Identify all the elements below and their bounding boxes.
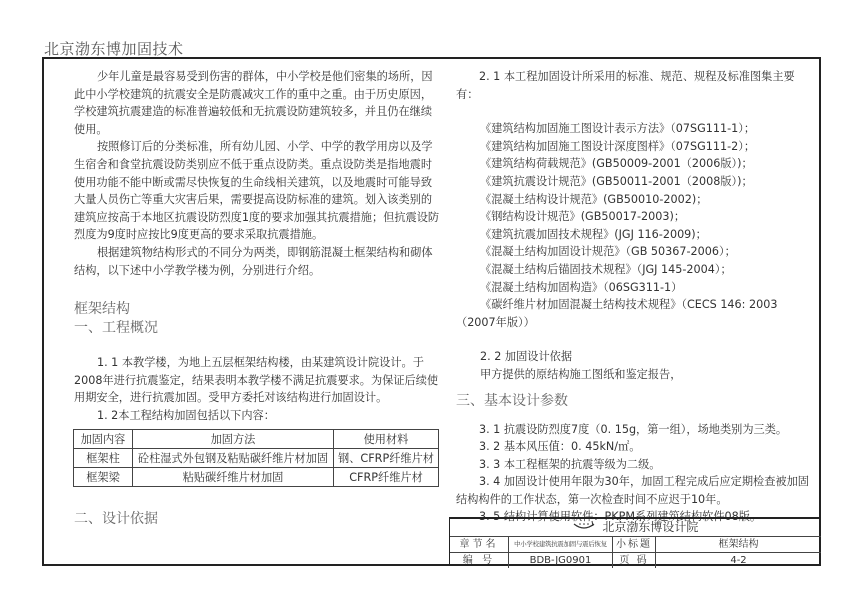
intro-paragraph-1: 少年儿童是最容易受到伤害的群体，中小学校是他们密集的场所，因此中小学校建筑的抗震… bbox=[74, 68, 442, 138]
intro-paragraph-2: 按照修订后的分类标准，所有幼儿园、小学、中学的教学用房以及学生宿舍和食堂抗震设防… bbox=[74, 138, 442, 244]
number-value: BDB-JG0901 bbox=[509, 553, 613, 568]
list-item: 《建筑结构加固施工图设计深度图样》（07SG111-2）； bbox=[480, 138, 812, 156]
left-column: 少年儿童是最容易受到伤害的群体，中小学校是他们密集的场所，因此中小学校建筑的抗震… bbox=[74, 68, 442, 425]
table-cell: 粘贴碳纤维片材加固 bbox=[133, 468, 334, 487]
list-item: 《建筑结构加固施工图设计表示方法》（07SG111-1）； bbox=[480, 120, 812, 138]
title-block: 北京渤东博设计院 章节名 中小学校建筑抗震加固与震后恢复 小标题 框架结构 编 … bbox=[449, 517, 821, 566]
list-item: 《建筑抗震加固技术规程》(JGJ 116-2009)； bbox=[480, 226, 812, 244]
table-row: 框架梁 粘贴碳纤维片材加固 CFRP纤维片材 bbox=[74, 468, 439, 487]
paragraph-1-1: 1. 1 本教学楼，为地上五层框架结构楼，由某建筑设计院设计。于2008年进行抗… bbox=[74, 354, 442, 407]
subtitle-value: 框架结构 bbox=[656, 537, 821, 552]
table-header-cell: 加固方法 bbox=[133, 430, 334, 449]
table-header-row: 加固内容 加固方法 使用材料 bbox=[74, 430, 439, 449]
section-heading-design-parameters: 三、基本设计参数 bbox=[456, 392, 812, 411]
page-label: 页 码 bbox=[613, 553, 656, 568]
paragraph-1-2: 1. 2本工程结构加固包括以下内容： bbox=[74, 407, 442, 425]
param-3-3: 3. 3 本工程框架的抗震等级为二级。 bbox=[456, 456, 812, 474]
table-cell: 框架柱 bbox=[74, 449, 133, 468]
section-title-frame-structure: 框架结构 bbox=[74, 300, 442, 319]
table-header-cell: 使用材料 bbox=[334, 430, 439, 449]
company-name: 北京渤东博设计院 bbox=[602, 520, 698, 534]
chapter-value: 中小学校建筑抗震加固与震后恢复 bbox=[509, 537, 613, 552]
param-3-2: 3. 2 基本风压值：0. 45kN/㎡。 bbox=[456, 438, 812, 456]
table-header-cell: 加固内容 bbox=[74, 430, 133, 449]
list-item: 《混凝土结构后锚固技术规程》（JGJ 145-2004）； bbox=[480, 261, 812, 279]
section-heading-project-overview: 一、工程概况 bbox=[74, 319, 442, 338]
section-heading-design-basis: 二、设计依据 bbox=[74, 510, 158, 529]
chapter-label: 章节名 bbox=[450, 537, 509, 552]
number-label: 编 号 bbox=[450, 553, 509, 568]
reinforcement-table: 加固内容 加固方法 使用材料 框架柱 砼柱湿式外包钢及粘贴碳纤维片材加固 钢、C… bbox=[73, 429, 439, 487]
company-logo-icon bbox=[573, 519, 595, 536]
title-block-header: 北京渤东博设计院 bbox=[450, 519, 821, 537]
table-cell: 框架梁 bbox=[74, 468, 133, 487]
list-item: 《钢结构设计规范》(GB50017-2003)； bbox=[480, 208, 812, 226]
list-item: 《混凝土结构设计规范》(GB50010-2002)； bbox=[480, 191, 812, 209]
intro-paragraph-3: 根据建筑物结构形式的不同分为两类，即钢筋混凝土框架结构和砌体结构，以下述中小学教… bbox=[74, 244, 442, 279]
title-block-row-number: 编 号 BDB-JG0901 页 码 4-2 bbox=[450, 553, 821, 568]
table-row: 框架柱 砼柱湿式外包钢及粘贴碳纤维片材加固 钢、CFRP纤维片材 bbox=[74, 449, 439, 468]
document-header-title: 北京渤东博加固技术 bbox=[44, 38, 184, 59]
standards-list: 《建筑结构加固施工图设计表示方法》（07SG111-1）； 《建筑结构加固施工图… bbox=[456, 120, 812, 296]
paragraph-2-2-text: 甲方提供的原结构施工图纸和鉴定报告， bbox=[456, 366, 812, 384]
paragraph-2-2-title: 2. 2 加固设计依据 bbox=[456, 348, 812, 366]
paragraph-2-1: 2. 1 本工程加固设计所采用的标准、规范、规程及标准图集主要有： bbox=[456, 68, 812, 103]
list-item: 《混凝土结构加固构造》（06SG311-1） bbox=[480, 279, 812, 297]
right-column: 2. 1 本工程加固设计所采用的标准、规范、规程及标准图集主要有： 《建筑结构加… bbox=[456, 68, 812, 526]
param-3-1: 3. 1 抗震设防烈度7度（0. 15g，第一组），场地类别为三类。 bbox=[456, 421, 812, 439]
list-item: 《建筑抗震设计规范》(GB50011-2001（2008版）)； bbox=[480, 173, 812, 191]
list-item: 《碳纤维片材加固混凝土结构技术规程》（CECS 146: 2003（2007年版… bbox=[456, 296, 812, 331]
table-cell: CFRP纤维片材 bbox=[334, 468, 439, 487]
subtitle-label: 小标题 bbox=[613, 537, 656, 552]
list-item: 《混凝土结构加固设计规范》（GB 50367-2006）； bbox=[480, 243, 812, 261]
param-3-4: 3. 4 加固设计使用年限为30年，加固工程完成后应定期检查被加固结构构件的工作… bbox=[456, 473, 812, 508]
table-cell: 砼柱湿式外包钢及粘贴碳纤维片材加固 bbox=[133, 449, 334, 468]
page-value: 4-2 bbox=[656, 553, 821, 568]
table-cell: 钢、CFRP纤维片材 bbox=[334, 449, 439, 468]
title-block-row-chapter: 章节名 中小学校建筑抗震加固与震后恢复 小标题 框架结构 bbox=[450, 537, 821, 553]
list-item: 《建筑结构荷载规范》(GB50009-2001（2006版）)； bbox=[480, 155, 812, 173]
